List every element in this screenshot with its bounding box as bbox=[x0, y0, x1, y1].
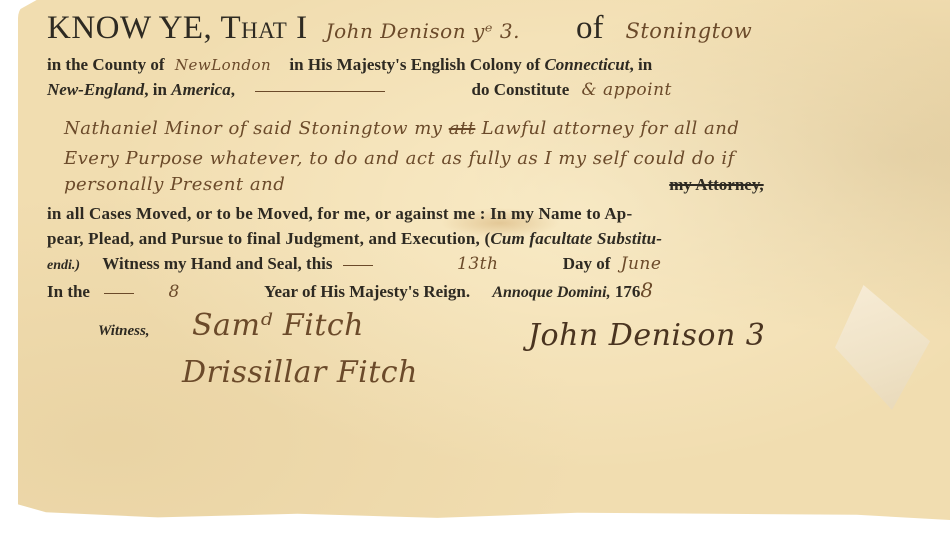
month-name: June bbox=[621, 254, 662, 274]
line-8: pear, Plead, and Pursue to final Judgmen… bbox=[47, 229, 662, 249]
blank-line bbox=[104, 293, 134, 294]
line-9: endi.) Witness my Hand and Seal, this 13… bbox=[47, 254, 661, 274]
witness-label: Witness, bbox=[98, 323, 150, 340]
in-text: , in bbox=[144, 80, 167, 99]
in-text: , in bbox=[629, 55, 652, 74]
latin-clause: Cum facultate Substitu- bbox=[490, 229, 662, 248]
comma: , bbox=[231, 80, 235, 99]
colony-label: in His Majesty's English Colony of bbox=[289, 55, 540, 74]
reign-text: Year of His Majesty's Reign. bbox=[264, 282, 470, 301]
personally-present-text: personally Present and bbox=[64, 174, 285, 195]
latin-clause-end: endi.) bbox=[47, 258, 80, 273]
in-the-label: In the bbox=[47, 282, 90, 301]
witness-signature-1: Samᵈ Fitch bbox=[192, 308, 364, 343]
heading-know-ye: KNOW YE, That I bbox=[47, 10, 308, 46]
colony-name: Connecticut bbox=[544, 55, 629, 74]
line-2: in the County of NewLondon in His Majest… bbox=[47, 55, 652, 75]
witness-hand-seal-text: Witness my Hand and Seal, this bbox=[102, 254, 332, 273]
line-10: In the 8 Year of His Majesty's Reign. An… bbox=[47, 278, 654, 302]
constitute-label: do Constitute bbox=[471, 80, 569, 99]
attorney-name: Nathaniel Minor of said Stoningtow my bbox=[64, 118, 442, 139]
lawful-attorney-text: Lawful attorney for all and bbox=[482, 118, 740, 139]
line-5: Every Purpose whatever, to do and act as… bbox=[64, 148, 735, 169]
plead-text: pear, Plead, and Pursue to final Judgmen… bbox=[47, 229, 490, 248]
line-7: in all Cases Moved, or to be Moved, for … bbox=[47, 204, 632, 224]
purpose-text: Every Purpose whatever, to do and act as… bbox=[64, 148, 735, 169]
day-of-label: Day of bbox=[563, 254, 611, 273]
appoint-text: & appoint bbox=[582, 80, 672, 100]
continent-name: America bbox=[171, 80, 231, 99]
line-4: Nathaniel Minor of said Stoningtow my at… bbox=[64, 118, 739, 139]
struck-word: att bbox=[449, 118, 476, 139]
year-printed: 176 bbox=[615, 282, 641, 301]
line-3: New-England, in America, do Constitute &… bbox=[47, 80, 672, 100]
region-name: New-England bbox=[47, 80, 144, 99]
blank-line bbox=[255, 91, 385, 92]
day-number: 13th bbox=[457, 254, 498, 274]
line-1: KNOW YE, That I John Denison yᵉ 3. of St… bbox=[47, 10, 752, 47]
of-label: of bbox=[576, 10, 604, 46]
county-name: NewLondon bbox=[175, 56, 271, 74]
anno-domini-label: Annoque Domini, bbox=[492, 284, 610, 301]
struck-my-attorney: my Attorney, bbox=[669, 175, 763, 194]
blank-line bbox=[343, 265, 373, 266]
cases-text: in all Cases Moved, or to be Moved, for … bbox=[47, 204, 632, 223]
year-handwritten-digit: 8 bbox=[640, 278, 653, 302]
line-6: personally Present and my Attorney, bbox=[64, 174, 764, 195]
county-label: in the County of bbox=[47, 55, 165, 74]
grantor-town: Stoningtow bbox=[625, 19, 752, 43]
reign-year: 8 bbox=[168, 282, 179, 302]
grantor-signature: John Denison 3 bbox=[528, 318, 765, 353]
grantor-name: John Denison yᵉ 3. bbox=[326, 19, 520, 43]
witness-signature-2: Drissillar Fitch bbox=[182, 355, 418, 390]
